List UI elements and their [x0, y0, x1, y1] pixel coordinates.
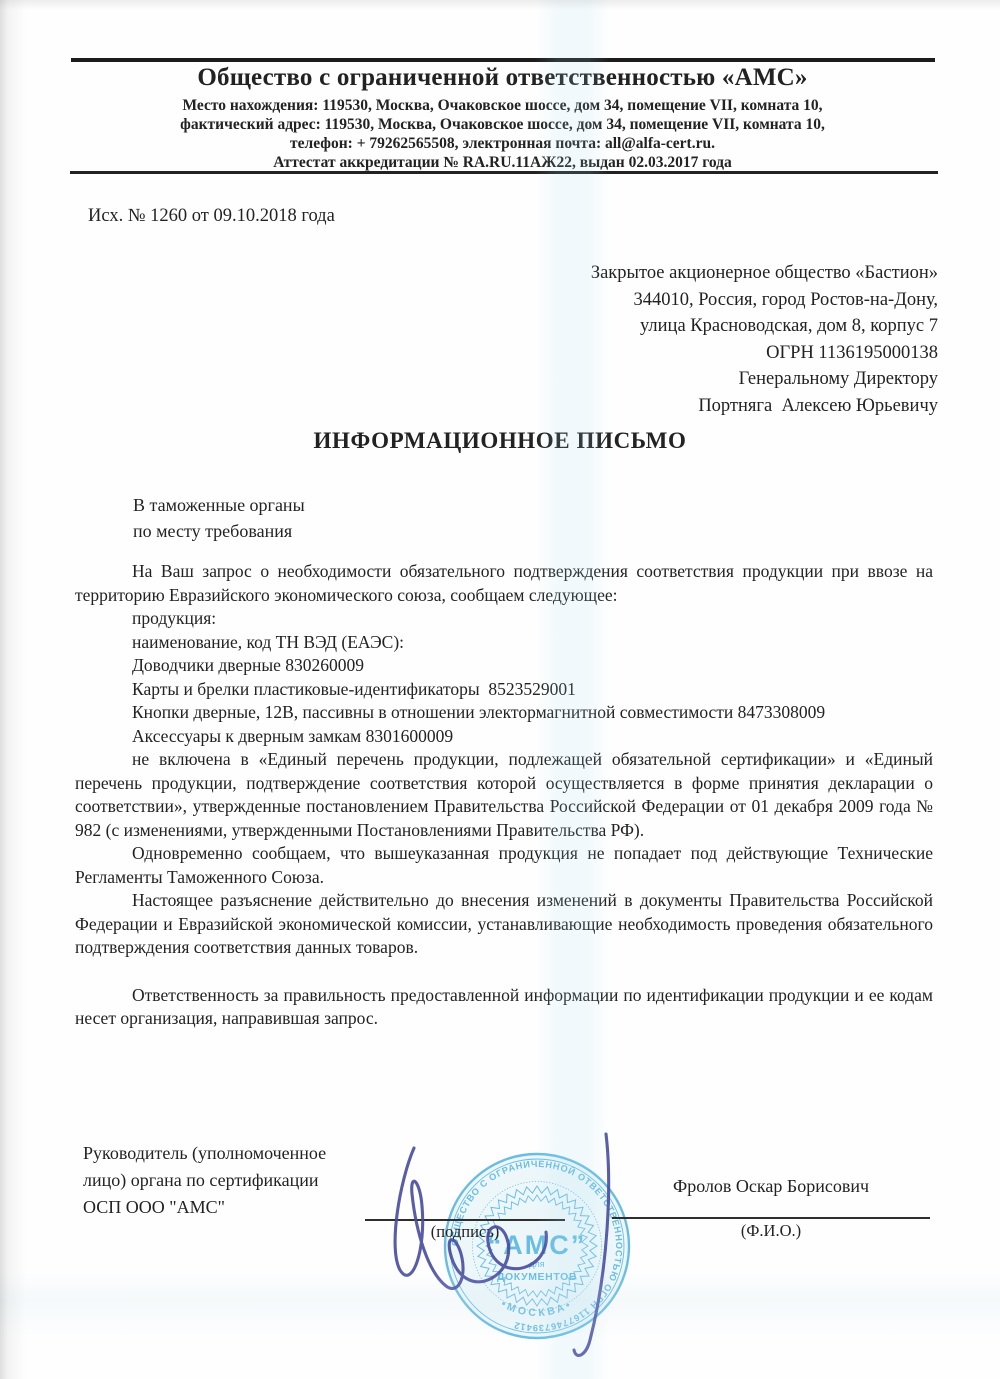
- signatory-title-block: Руководитель (уполномоченное лицо) орган…: [83, 1140, 393, 1221]
- product-line: наименование, код ТН ВЭД (ЕАЭС):: [132, 631, 933, 655]
- body-paragraph: Ответственность за правильность предоста…: [75, 984, 933, 1031]
- address-line: Место нахождения: 119530, Москва, Очаков…: [70, 96, 935, 115]
- body-paragraph: не включена в «Единый перечень продукции…: [75, 748, 933, 842]
- header-rule-top: [71, 58, 935, 62]
- outgoing-ref-number: Исх. № 1260 от 09.10.2018 года: [88, 206, 335, 227]
- recipient-line: Генеральному Директору: [591, 366, 938, 393]
- company-name: Общество с ограниченной ответственностью…: [70, 63, 935, 93]
- address-line: фактический адрес: 119530, Москва, Очако…: [70, 115, 935, 134]
- letterhead: Общество с ограниченной ответственностью…: [70, 63, 935, 172]
- addressee-line: В таможенные органы: [133, 492, 305, 518]
- address-line: телефон: + 79262565508, электронная почт…: [70, 134, 935, 153]
- addressee-block: В таможенные органы по месту требования: [133, 492, 305, 544]
- signatory-title-line: ОСП ООО "АМС": [83, 1194, 393, 1221]
- body-paragraph: Настоящее разъяснение действительно до в…: [75, 889, 933, 960]
- signatory-title-line: лицо) органа по сертификации: [83, 1167, 393, 1194]
- document-title: ИНФОРМАЦИОННОЕ ПИСЬМО: [0, 428, 1000, 454]
- recipient-block: Закрытое акционерное общество «Бастион» …: [591, 260, 938, 419]
- product-list: продукция: наименование, код ТН ВЭД (ЕАЭ…: [75, 607, 933, 748]
- addressee-line: по месту требования: [133, 518, 305, 544]
- header-rule-bottom: [70, 171, 938, 174]
- letter-body: На Ваш запрос о необходимости обязательн…: [75, 560, 933, 1031]
- product-line: Карты и брелки пластиковые-идентификатор…: [132, 678, 933, 702]
- body-paragraph: Одновременно сообщаем, что вышеуказанная…: [75, 842, 933, 889]
- product-line: Кнопки дверные, 12В, пассивны в отношени…: [132, 701, 933, 725]
- signatory-title-line: Руководитель (уполномоченное: [83, 1140, 393, 1167]
- recipient-line: Портняга Алексею Юрьевичу: [591, 393, 938, 420]
- product-line: продукция:: [132, 607, 933, 631]
- signer-name: Фролов Оскар Борисович: [612, 1176, 930, 1197]
- recipient-line: ОГРН 1136195000138: [591, 340, 938, 367]
- recipient-line: улица Красноводская, дом 8, корпус 7: [591, 313, 938, 340]
- product-line: Аксессуары к дверным замкам 8301600009: [132, 725, 933, 749]
- body-paragraph: На Ваш запрос о необходимости обязательн…: [75, 560, 933, 607]
- letter-page: Общество с ограниченной ответственностью…: [0, 0, 1000, 1379]
- name-caption: (Ф.И.О.): [612, 1221, 930, 1241]
- recipient-line: 344010, Россия, город Ростов-на-Дону,: [591, 287, 938, 314]
- recipient-line: Закрытое акционерное общество «Бастион»: [591, 260, 938, 287]
- company-address-block: Место нахождения: 119530, Москва, Очаков…: [70, 96, 935, 172]
- product-line: Доводчики дверные 830260009: [132, 654, 933, 678]
- name-line: [612, 1217, 930, 1219]
- address-line: Аттестат аккредитации № RA.RU.11АЖ22, вы…: [70, 153, 935, 172]
- handwritten-signature: [370, 1120, 630, 1365]
